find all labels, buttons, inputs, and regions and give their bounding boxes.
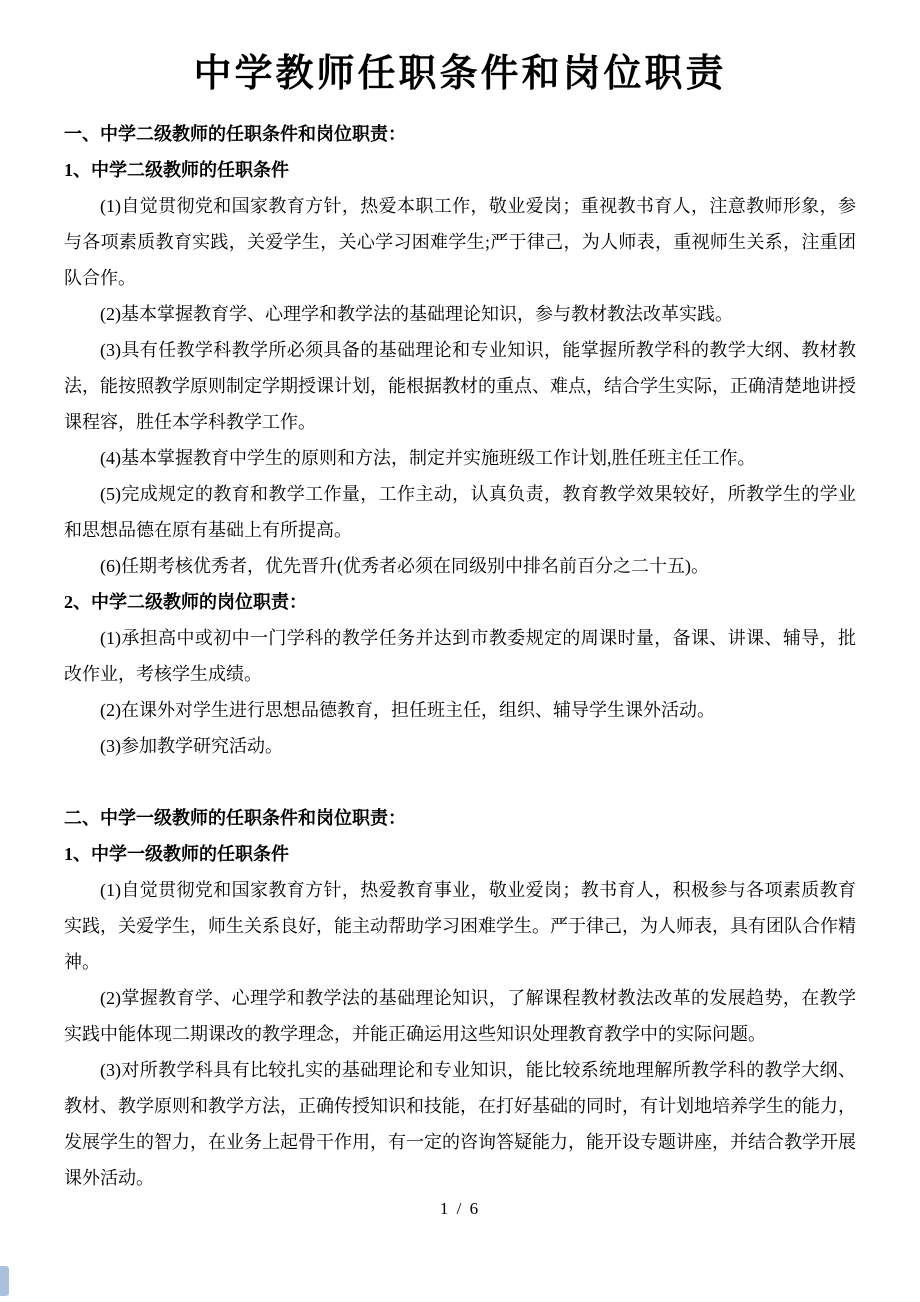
section-2-heading: 二、中学一级教师的任职条件和岗位职责： (64, 800, 856, 836)
section-1-heading: 一、中学二级教师的任职条件和岗位职责： (64, 116, 856, 152)
section-1-sub-1-heading: 1、中学二级教师的任职条件 (64, 152, 856, 188)
paragraph-qualification-4: (4)基本掌握教育中学生的原则和方法，制定并实施班级工作计划,胜任班主任工作。 (64, 440, 856, 476)
paragraph-duty-2: (2)在课外对学生进行思想品德教育，担任班主任，组织、辅导学生课外活动。 (64, 692, 856, 728)
paragraph-duty-1: (1)承担高中或初中一门学科的教学任务并达到市教委规定的周课时量，备课、讲课、辅… (64, 620, 856, 692)
document-title: 中学教师任职条件和岗位职责 (64, 48, 856, 100)
section-divider-space (64, 764, 856, 800)
paragraph-qualification-2: (2)基本掌握教育学、心理学和教学法的基础理论知识，参与教材教法改革实践。 (64, 296, 856, 332)
paragraph-qualification-6: (6)任期考核优秀者，优先晋升(优秀者必须在同级别中排名前百分之二十五)。 (64, 548, 856, 584)
paragraph-qualification-5: (5)完成规定的教育和教学工作量，工作主动，认真负责，教育教学效果较好，所教学生… (64, 476, 856, 548)
section-2-sub-1-heading: 1、中学一级教师的任职条件 (64, 836, 856, 872)
document-content: 中学教师任职条件和岗位职责 一、中学二级教师的任职条件和岗位职责： 1、中学二级… (0, 48, 920, 1196)
paragraph-level1-qualification-2: (2)掌握教育学、心理学和教学法的基础理论知识，了解课程教材教法改革的发展趋势，… (64, 980, 856, 1052)
paragraph-level1-qualification-3: (3)对所教学科具有比较扎实的基础理论和专业知识，能比较系统地理解所教学科的教学… (64, 1052, 856, 1196)
paragraph-level1-qualification-1: (1)自觉贯彻党和国家教育方针，热爱教育事业，敬业爱岗；教书育人，积极参与各项素… (64, 872, 856, 980)
corner-blue-mark (0, 1266, 9, 1296)
paragraph-qualification-1: (1)自觉贯彻党和国家教育方针，热爱本职工作，敬业爱岗；重视教书育人，注意教师形… (64, 188, 856, 296)
paragraph-qualification-3: (3)具有任教学科教学所必须具备的基础理论和专业知识，能掌握所教学科的教学大纲、… (64, 332, 856, 440)
document-page: 中学教师任职条件和岗位职责 一、中学二级教师的任职条件和岗位职责： 1、中学二级… (0, 0, 920, 1302)
paragraph-duty-3: (3)参加教学研究活动。 (64, 728, 856, 764)
page-footer: 1 / 6 (0, 1196, 920, 1222)
page-number: 1 / 6 (440, 1199, 480, 1218)
section-1-sub-2-heading: 2、中学二级教师的岗位职责： (64, 584, 856, 620)
